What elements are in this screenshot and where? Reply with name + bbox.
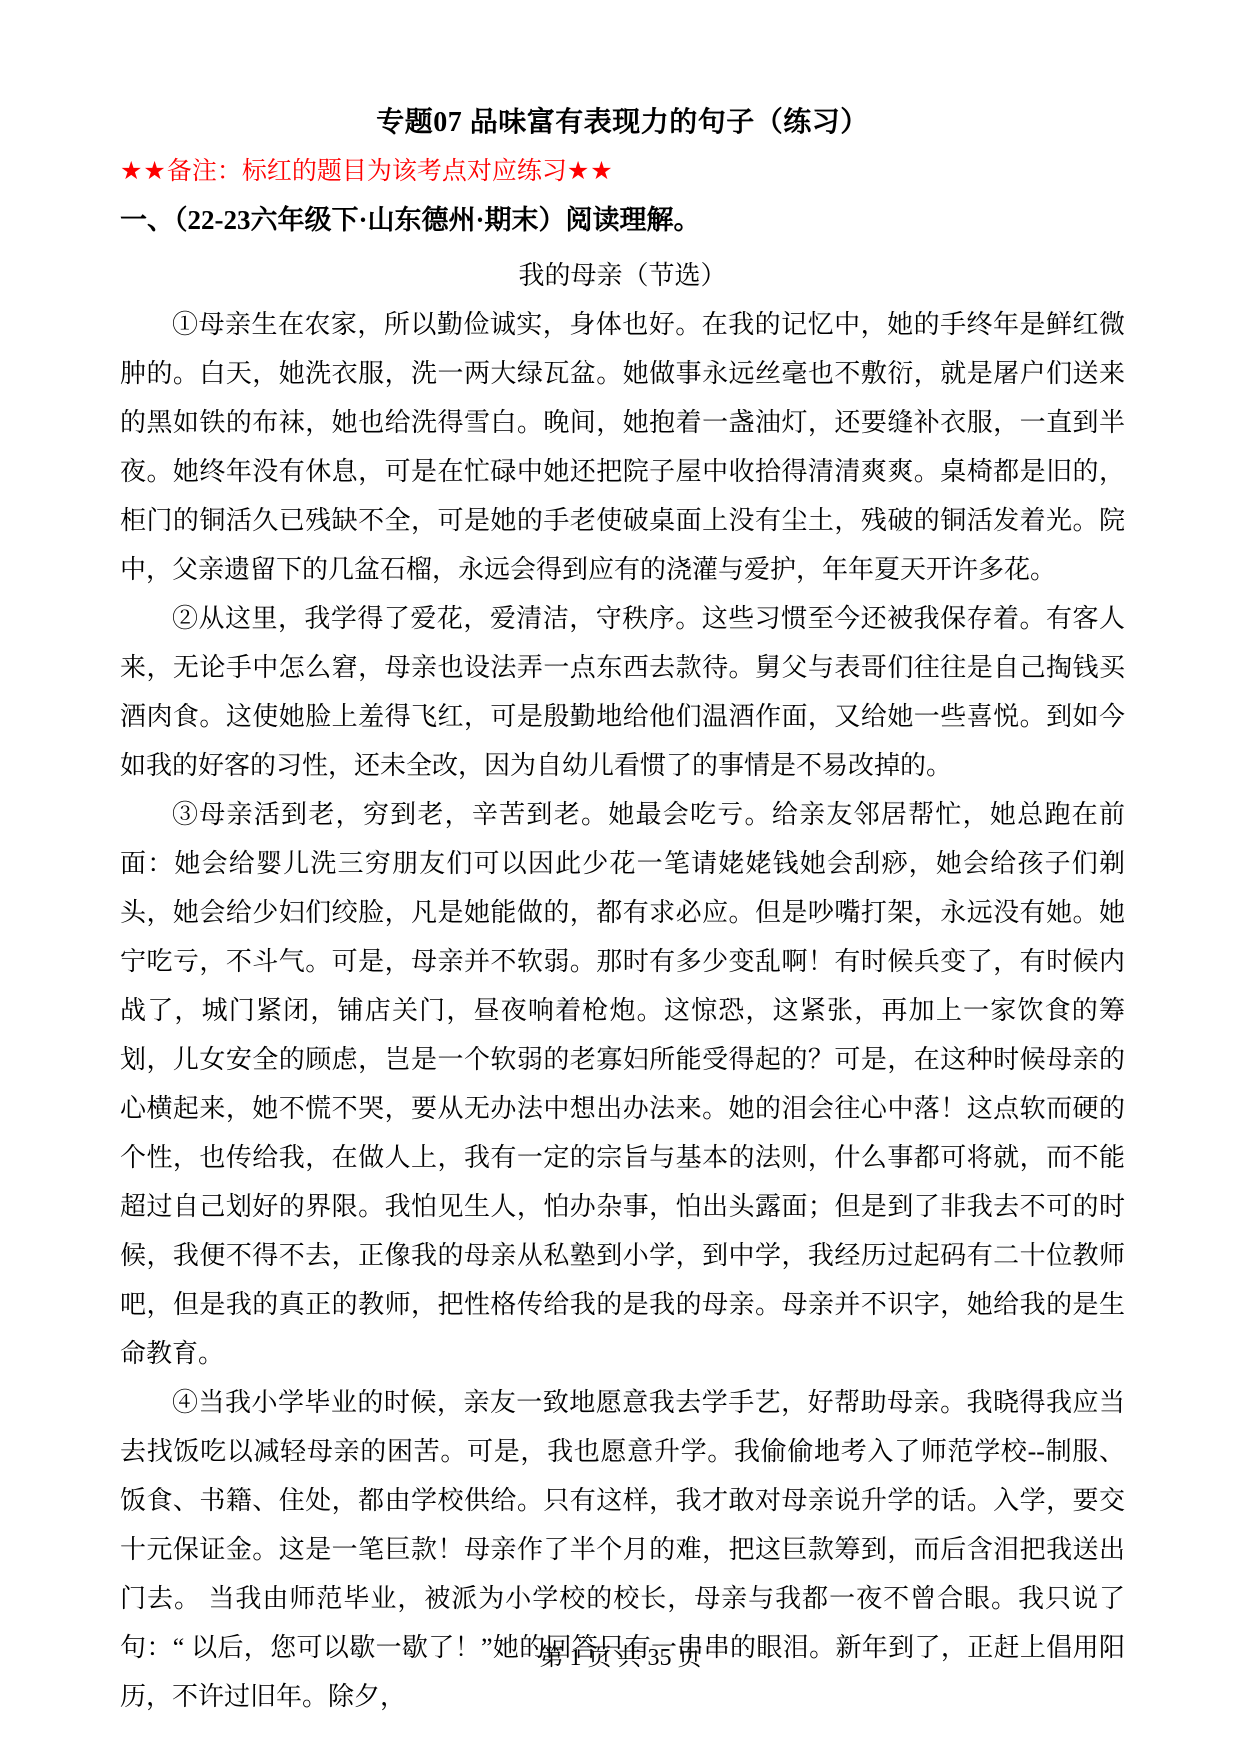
note-line: ★★备注：标红的题目为该考点对应练习★★: [120, 147, 1125, 196]
article-paragraph-2: ②从这里，我学得了爱花，爱清洁，守秩序。这些习惯至今还被我保存着。有客人来，无论…: [120, 594, 1125, 790]
article-paragraph-1: ①母亲生在农家，所以勤俭诚实，身体也好。在我的记忆中，她的手终年是鲜红微肿的。白…: [120, 300, 1125, 594]
note-text: 标红的题目为该考点对应练习: [242, 158, 567, 185]
article-paragraph-3: ③母亲活到老，穷到老，辛苦到老。她最会吃亏。给亲友邻居帮忙，她总跑在前面：她会给…: [120, 790, 1125, 1378]
page-number-footer: 第 1 页 共 35 页: [0, 1638, 1241, 1678]
section-heading: 一、（22-23六年级下·山东德州·期末）阅读理解。: [120, 196, 1125, 245]
note-label: 备注：: [167, 158, 242, 185]
star-icons-right: ★★: [567, 158, 614, 185]
star-icons-left: ★★: [120, 158, 167, 185]
document-page: 专题07 品味富有表现力的句子（练习） ★★备注：标红的题目为该考点对应练习★★…: [0, 0, 1241, 1754]
page-title: 专题07 品味富有表现力的句子（练习）: [120, 98, 1125, 147]
article-title: 我的母亲（节选）: [120, 251, 1125, 300]
